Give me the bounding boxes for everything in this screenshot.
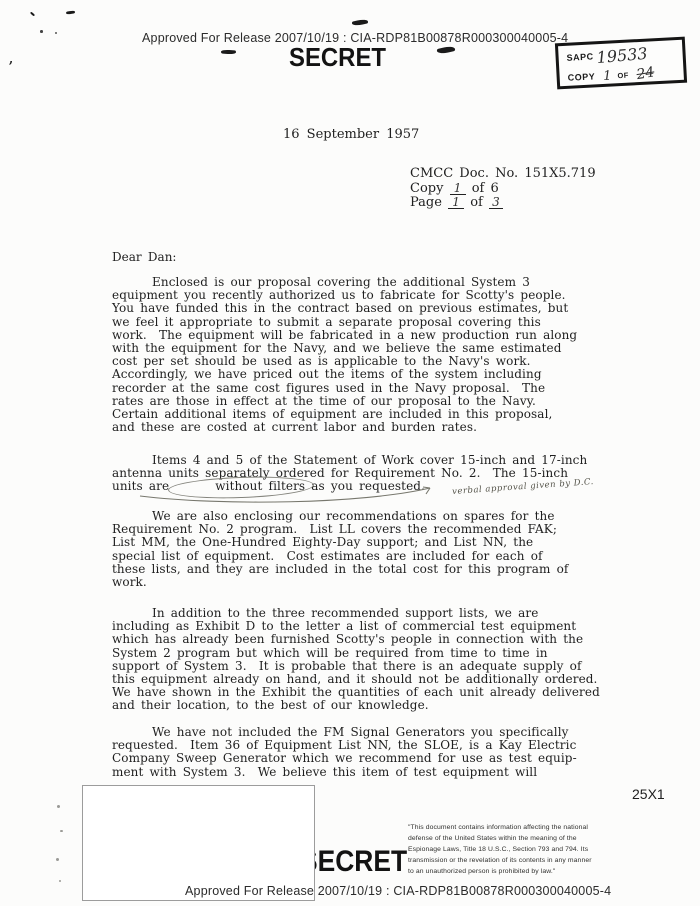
paragraph-4: In addition to the three recommended sup… [112, 607, 632, 713]
declassification-code-25x1: 25X1 [632, 786, 665, 802]
page-of-label: of [470, 195, 483, 210]
page-total-handwritten: 3 [489, 197, 503, 209]
ink-mark [30, 12, 35, 17]
ink-speck [55, 32, 57, 34]
cmcc-doc-block: CMCC Doc. No. 151X5.719 Copy 1 of 6 Page… [410, 167, 596, 211]
salutation: Dear Dan: [112, 250, 176, 264]
copy-label: Copy [410, 181, 443, 196]
page-count-line: Page 1 of 3 [410, 196, 596, 211]
paragraph-1: Enclosed is our proposal covering the ad… [112, 276, 632, 434]
espionage-law-notice: "This document contains information affe… [408, 822, 648, 877]
stamp-copy-label: COPY [567, 71, 595, 82]
copy-of-label: of 6 [472, 181, 499, 196]
stamp-copy-total-handwritten: 24 [636, 64, 656, 83]
paragraph-3: We are also enclosing our recommendation… [112, 510, 632, 589]
sapc-control-stamp: SAPC 19533 COPY 1 OF 24 [555, 37, 687, 90]
footer-release-line: Approved For Release 2007/10/19 : CIA-RD… [185, 884, 611, 898]
ink-mark [221, 49, 236, 54]
paragraph-5: We have not included the FM Signal Gener… [112, 726, 632, 779]
copy-count-line: Copy 1 of 6 [410, 182, 596, 197]
page-value-handwritten: 1 [448, 197, 464, 209]
ink-speck [57, 805, 60, 808]
ink-mark [66, 10, 75, 14]
ink-speck [60, 830, 63, 832]
letter-date: 16 September 1957 [283, 127, 419, 142]
page-label: Page [410, 195, 442, 210]
stamp-of-label: OF [617, 70, 629, 80]
ink-speck [56, 858, 59, 861]
copy-value-handwritten: 1 [450, 183, 466, 195]
stamp-sapc-label: SAPC [566, 51, 594, 62]
classification-secret-top: SECRET [289, 42, 386, 73]
stamp-copy-number-handwritten: 1 [603, 68, 612, 83]
ink-mark [437, 45, 456, 55]
ink-comma-mark: , [9, 52, 13, 66]
ink-mark [352, 18, 369, 26]
cmcc-doc-number-line: CMCC Doc. No. 151X5.719 [410, 167, 596, 182]
ink-speck [40, 30, 43, 33]
ink-speck [59, 880, 61, 882]
document-page: Approved For Release 2007/10/19 : CIA-RD… [0, 0, 700, 906]
handwritten-underline-arrow [112, 480, 457, 508]
classification-secret-bottom: SECRET [300, 845, 407, 879]
stamp-sapc-number-handwritten: 19533 [596, 43, 648, 66]
